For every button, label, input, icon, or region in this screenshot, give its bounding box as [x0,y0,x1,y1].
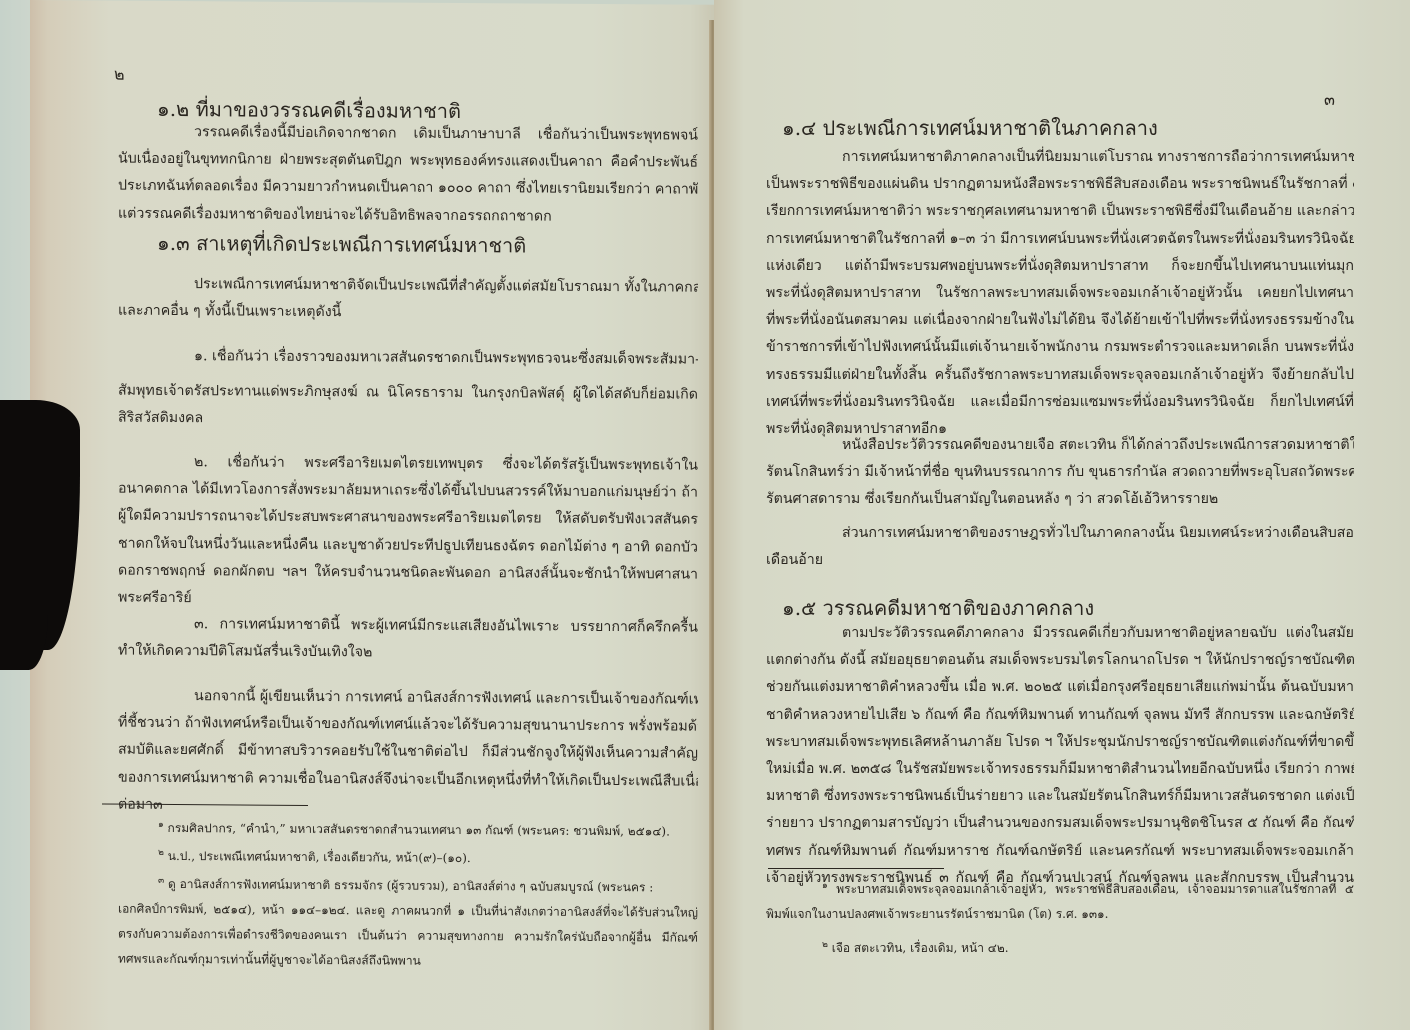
footnote-mark: ๑ [822,881,828,891]
footnote-text: ดู อานิสงส์การฟังเทศน์มหาชาติ ธรรมจักร (… [168,877,653,894]
text-line: ดอกราชพฤกษ์ ดอกผักตบ ฯลฯ ให้ครบจำนวนชนิด… [118,557,698,588]
section-1-2-paragraph: วรรณคดีเรื่องนี้มีบ่อเกิดจากชาดก เดิมเป็… [118,119,698,232]
footnote-text: เจือ สตะเวทิน, เรื่องเดิม, หน้า ๔๒. [832,941,1009,955]
section-1-3-item-2: ๒. เชื่อกันว่า พระศรีอาริยเมตไตรยเทพบุตร… [118,449,698,616]
text-line: นับเนื่องอยู่ในขุททกนิกาย ฝ่ายพระสุตตันต… [118,146,698,177]
section-1-4-paragraph-2: หนังสือประวัติวรรณคดีของนายเจือ สตะเวทิน… [766,432,1354,514]
footnotes-right: ๑ พระบาทสมเด็จพระจุลจอมเกล้าเจ้าอยู่หัว,… [766,874,1354,961]
text-line: แตกต่างกัน ดังนี้ สมัยอยุธยาตอนต้น สมเด็… [766,647,1354,674]
footnote-2: ๒ น.ป., ประเพณีเทศน์มหาชาติ, เรื่องเดียว… [118,841,698,873]
text-line: ช่วยกันแต่งมหาชาติคำหลวงขึ้น เมื่อ พ.ศ. … [766,674,1354,701]
text-line: ชาดกให้จบในหนึ่งวันและหนึ่งคืน และบูชาด้… [118,530,698,561]
text-line: ผู้ใดมีความปรารถนาจะได้ประสบพระศาสนาของพ… [118,503,698,534]
text-line: ข้าราชการที่เข้าไปฟังเทศน์นั้นมีแต่เจ้าน… [766,334,1354,361]
footnote-1: ๑ กรมศิลปากร, “คำนำ,” มหาเวสสันดรชาดกสำน… [118,813,698,845]
footnotes-left: ๑ กรมศิลปากร, “คำนำ,” มหาเวสสันดรชาดกสำน… [118,813,698,976]
text-line: เทศน์ที่พระที่นั่งอมรินทรวินิจฉัย และเมื… [766,389,1354,416]
text-line: พระบาทสมเด็จพระพุทธเลิศหล้านภาลัย โปรด ฯ… [766,729,1354,756]
text-line: ตามประวัติวรรณคดีภาคกลาง มีวรรณคดีเกี่ยว… [766,620,1354,647]
section-1-3-item-1: ๑. เชื่อกันว่า เรื่องราวของมหาเวสสันดรชา… [118,343,698,437]
section-1-5-paragraph: ตามประวัติวรรณคดีภาคกลาง มีวรรณคดีเกี่ยว… [766,620,1354,892]
text-line: ๓. การเทศน์มหาชาตินี้ พระผู้เทศน์มีกระแส… [118,611,698,642]
text-line: ส่วนการเทศน์มหาชาติของราษฎรทั่วไปในภาคกล… [766,520,1354,547]
text-line: ที่ชี้ชวนว่า ถ้าฟังเทศน์หรือเป็นเจ้าของก… [118,710,698,741]
text-line: และภาคอื่น ๆ ทั้งนี้เป็นเพราะเหตุดังนี้ [118,298,698,329]
text-line: หนังสือประวัติวรรณคดีของนายเจือ สตะเวทิน… [766,432,1354,459]
footnote-mark: ๓ [158,876,164,886]
text-line: พระที่นั่งดุสิตมหาปราสาท ในรัชกาลพระบาทส… [766,280,1354,307]
text-line: มหาชาติ ซึ่งทรงพระราชนิพนธ์เป็นร่ายยาว แ… [766,783,1354,810]
text-line: ทรงธรรมมีแต่ฝ่ายในทั้งสิ้น ครั้นถึงรัชกา… [766,362,1354,389]
footnote-mark: ๑ [158,820,164,830]
footnote-mark: ๒ [822,940,828,950]
footnote-3: ๓ ดู อานิสงส์การฟังเทศน์มหาชาติ ธรรมจักร… [118,869,698,901]
section-1-3-closing: นอกจากนี้ ผู้เขียนเห็นว่า การเทศน์ อานิส… [118,683,698,823]
text-line: สิริสวัสดิมงคล [118,405,698,436]
text-line: นอกจากนี้ ผู้เขียนเห็นว่า การเทศน์ อานิส… [118,683,698,714]
text-line: รัตนศาสดาราม ซึ่งเรียกกันเป็นสามัญในตอนห… [766,486,1354,513]
text-line: สัมพุทธเจ้าตรัสประทานแด่พระภิกษุสงฆ์ ณ น… [118,378,698,409]
text-line: ที่พระที่นั่งอนันตสมาคม แต่เนื่องจากฝ่าย… [766,307,1354,334]
text-line: เดือนอ้าย [766,547,1354,574]
footnote-text: พระบาทสมเด็จพระจุลจอมเกล้าเจ้าอยู่หัว, พ… [836,882,1354,896]
text-line: สมบัติและยศศักดิ์ มีข้าทาสบริวารคอยรับใช… [118,737,698,768]
text-line: ๒. เชื่อกันว่า พระศรีอาริยเมตไตรยเทพบุตร… [118,449,698,480]
text-line: ของการเทศน์มหาชาติ ความเชื่อในอานิสงส์จึ… [118,764,698,795]
text-line: อนาคตกาล ได้มีเทวโองการสั่งพระมาลัยมหาเถ… [118,476,698,507]
page-number: ๓ [1324,88,1335,113]
text-line: ชาติคำหลวงหายไปเสีย ๖ กัณฑ์ คือ กัณฑ์หิม… [766,702,1354,729]
footnote-divider [768,868,944,869]
page-number: ๒ [114,63,125,88]
section-1-4-paragraph-1: การเทศน์มหาชาติภาคกลางเป็นที่นิยมมาแต่โบ… [766,144,1354,443]
text-line: ใหม่เมื่อ พ.ศ. ๒๓๕๘ ในรัชสมัยพระเจ้าทรงธ… [766,756,1354,783]
text-line: แห่งเดียว แต่ถ้ามีพระบรมศพอยู่บนพระที่นั… [766,253,1354,280]
text-line: เป็นพระราชพิธีของแผ่นดิน ปรากฏตามหนังสือ… [766,171,1354,198]
section-heading-1-3: ๑.๓ สาเหตุที่เกิดประเพณีการเทศน์มหาชาติ [157,227,526,262]
left-page: ๒ ๑.๒ ที่มาของวรรณคดีเรื่องมหาชาติ วรรณค… [30,0,716,1030]
text-line: ทศพร กัณฑ์หิมพานต์ กัณฑ์มหาราช กัณฑ์ฉกษั… [766,838,1354,865]
text-line: ร่ายยาว ปรากฏตามสารบัญว่า เป็นสำนวนของกร… [766,810,1354,837]
section-heading-1-4: ๑.๔ ประเพณีการเทศน์มหาชาติในภาคกลาง [782,112,1158,144]
text-line: การเทศน์มหาชาติในรัชกาลที่ ๑–๓ ว่า มีการ… [766,226,1354,253]
footnote-text: ทศพรและกัณฑ์กุมารเท่านั้นที่ผู้บูชาจะได้… [118,947,698,976]
text-line: ๑. เชื่อกันว่า เรื่องราวของมหาเวสสันดรชา… [118,343,698,374]
right-page: ๓ ๑.๔ ประเพณีการเทศน์มหาชาติในภาคกลาง กา… [714,0,1410,1030]
section-1-3-item-3: ๓. การเทศน์มหาชาตินี้ พระผู้เทศน์มีกระแส… [118,611,698,669]
text-line: การเทศน์มหาชาติภาคกลางเป็นที่นิยมมาแต่โบ… [766,144,1354,171]
footnote-text: กรมศิลปากร, “คำนำ,” มหาเวสสันดรชาดกสำนวน… [168,821,670,839]
section-1-3-intro: ประเพณีการเทศน์มหาชาติจัดเป็นประเพณีที่ส… [118,271,698,329]
text-line: วรรณคดีเรื่องนี้มีบ่อเกิดจากชาดก เดิมเป็… [118,119,698,150]
footnote-text: พิมพ์แจกในงานปลงศพเจ้าพระยานรรัตน์ราชมาน… [766,902,1354,927]
footnote-2: ๒ เจือ สตะเวทิน, เรื่องเดิม, หน้า ๔๒. [766,933,1354,961]
text-line: ประเพณีการเทศน์มหาชาติจัดเป็นประเพณีที่ส… [118,271,698,302]
text-line: ทำให้เกิดความปีติโสมนัสรื่นเริงบันเทิงใจ… [118,638,698,669]
section-1-4-paragraph-3: ส่วนการเทศน์มหาชาติของราษฎรทั่วไปในภาคกล… [766,520,1354,574]
footnote-1: ๑ พระบาทสมเด็จพระจุลจอมเกล้าเจ้าอยู่หัว,… [766,874,1354,902]
text-line: ประเภทฉันท์ตลอดเรื่อง มีความยาวกำหนดเป็น… [118,173,698,204]
text-line: รัตนโกสินทร์ว่า มีเจ้าหน้าที่ชื่อ ขุนทิน… [766,459,1354,486]
footnote-text: น.ป., ประเพณีเทศน์มหาชาติ, เรื่องเดียวกั… [168,849,471,865]
footnote-mark: ๒ [158,848,164,858]
text-line: เรียกการเทศน์มหาชาติว่า พระราชกุศลเทศนาม… [766,198,1354,225]
